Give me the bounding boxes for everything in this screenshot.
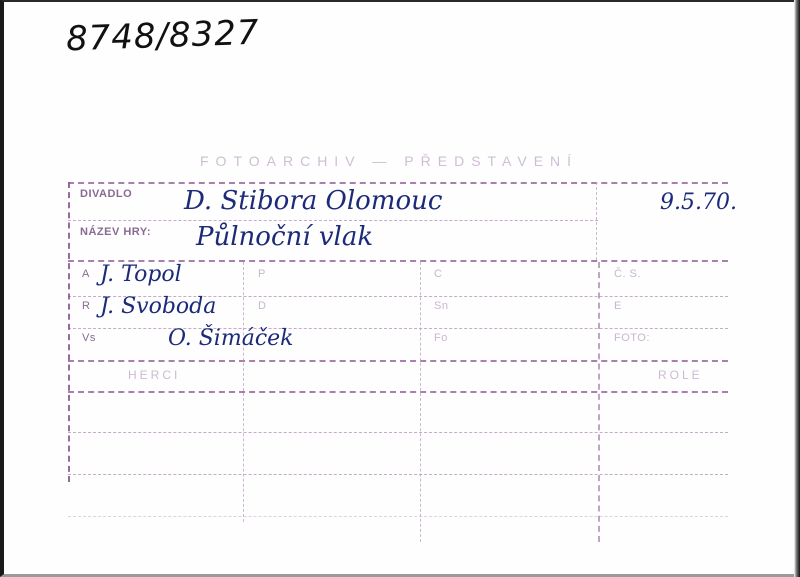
label-fo: Fo [434,332,448,344]
value-nazev-hry: Půlnoční vlak [196,222,373,252]
label-author: A [82,268,90,280]
rule-cast-header-top [68,360,728,362]
rule-divadlo [68,220,598,221]
label-sn: Sn [434,300,448,312]
label-d: D [258,300,266,312]
label-foto: FOTO: [614,332,650,344]
rule-cast-row-2 [68,474,728,475]
col-divider-2 [420,262,421,542]
rule-cast-row-3 [68,516,728,517]
card-left-rule [68,182,70,482]
col-divider-3 [598,262,600,542]
cast-header-roles: ROLE [658,368,703,382]
label-set-designer: Vs [82,332,96,344]
label-director: R [82,300,90,312]
record-card: DIVADLO D. Stibora Olomouc 9.5.70. NÁZEV… [68,182,728,542]
rule-credits-2 [68,328,728,329]
value-director: J. Svoboda [100,294,216,319]
cast-header-actors: HERCI [128,368,180,382]
label-cs: Č. S. [614,268,641,280]
value-divadlo: D. Stibora Olomouc [184,186,442,216]
card-top-rule [68,182,728,184]
label-c: C [434,268,442,280]
col-divider-1 [243,262,244,522]
label-e: E [614,300,622,312]
value-author: J. Topol [100,262,182,287]
stamp-title: FOTOARCHIV — PŘEDSTAVENÍ [200,153,578,169]
value-date: 9.5.70. [660,190,737,215]
rule-cast-row-1 [68,432,728,433]
label-divadlo: DIVADLO [80,188,132,200]
label-nazev-hry: NÁZEV HRY: [80,226,151,238]
date-divider [596,182,597,260]
rule-cast-header-bottom [68,391,728,393]
label-p: P [258,268,266,280]
value-set-designer: O. Šimáček [168,326,294,351]
scan-edge-shadow [794,0,800,577]
archive-number: 8748/8327 [65,13,260,60]
